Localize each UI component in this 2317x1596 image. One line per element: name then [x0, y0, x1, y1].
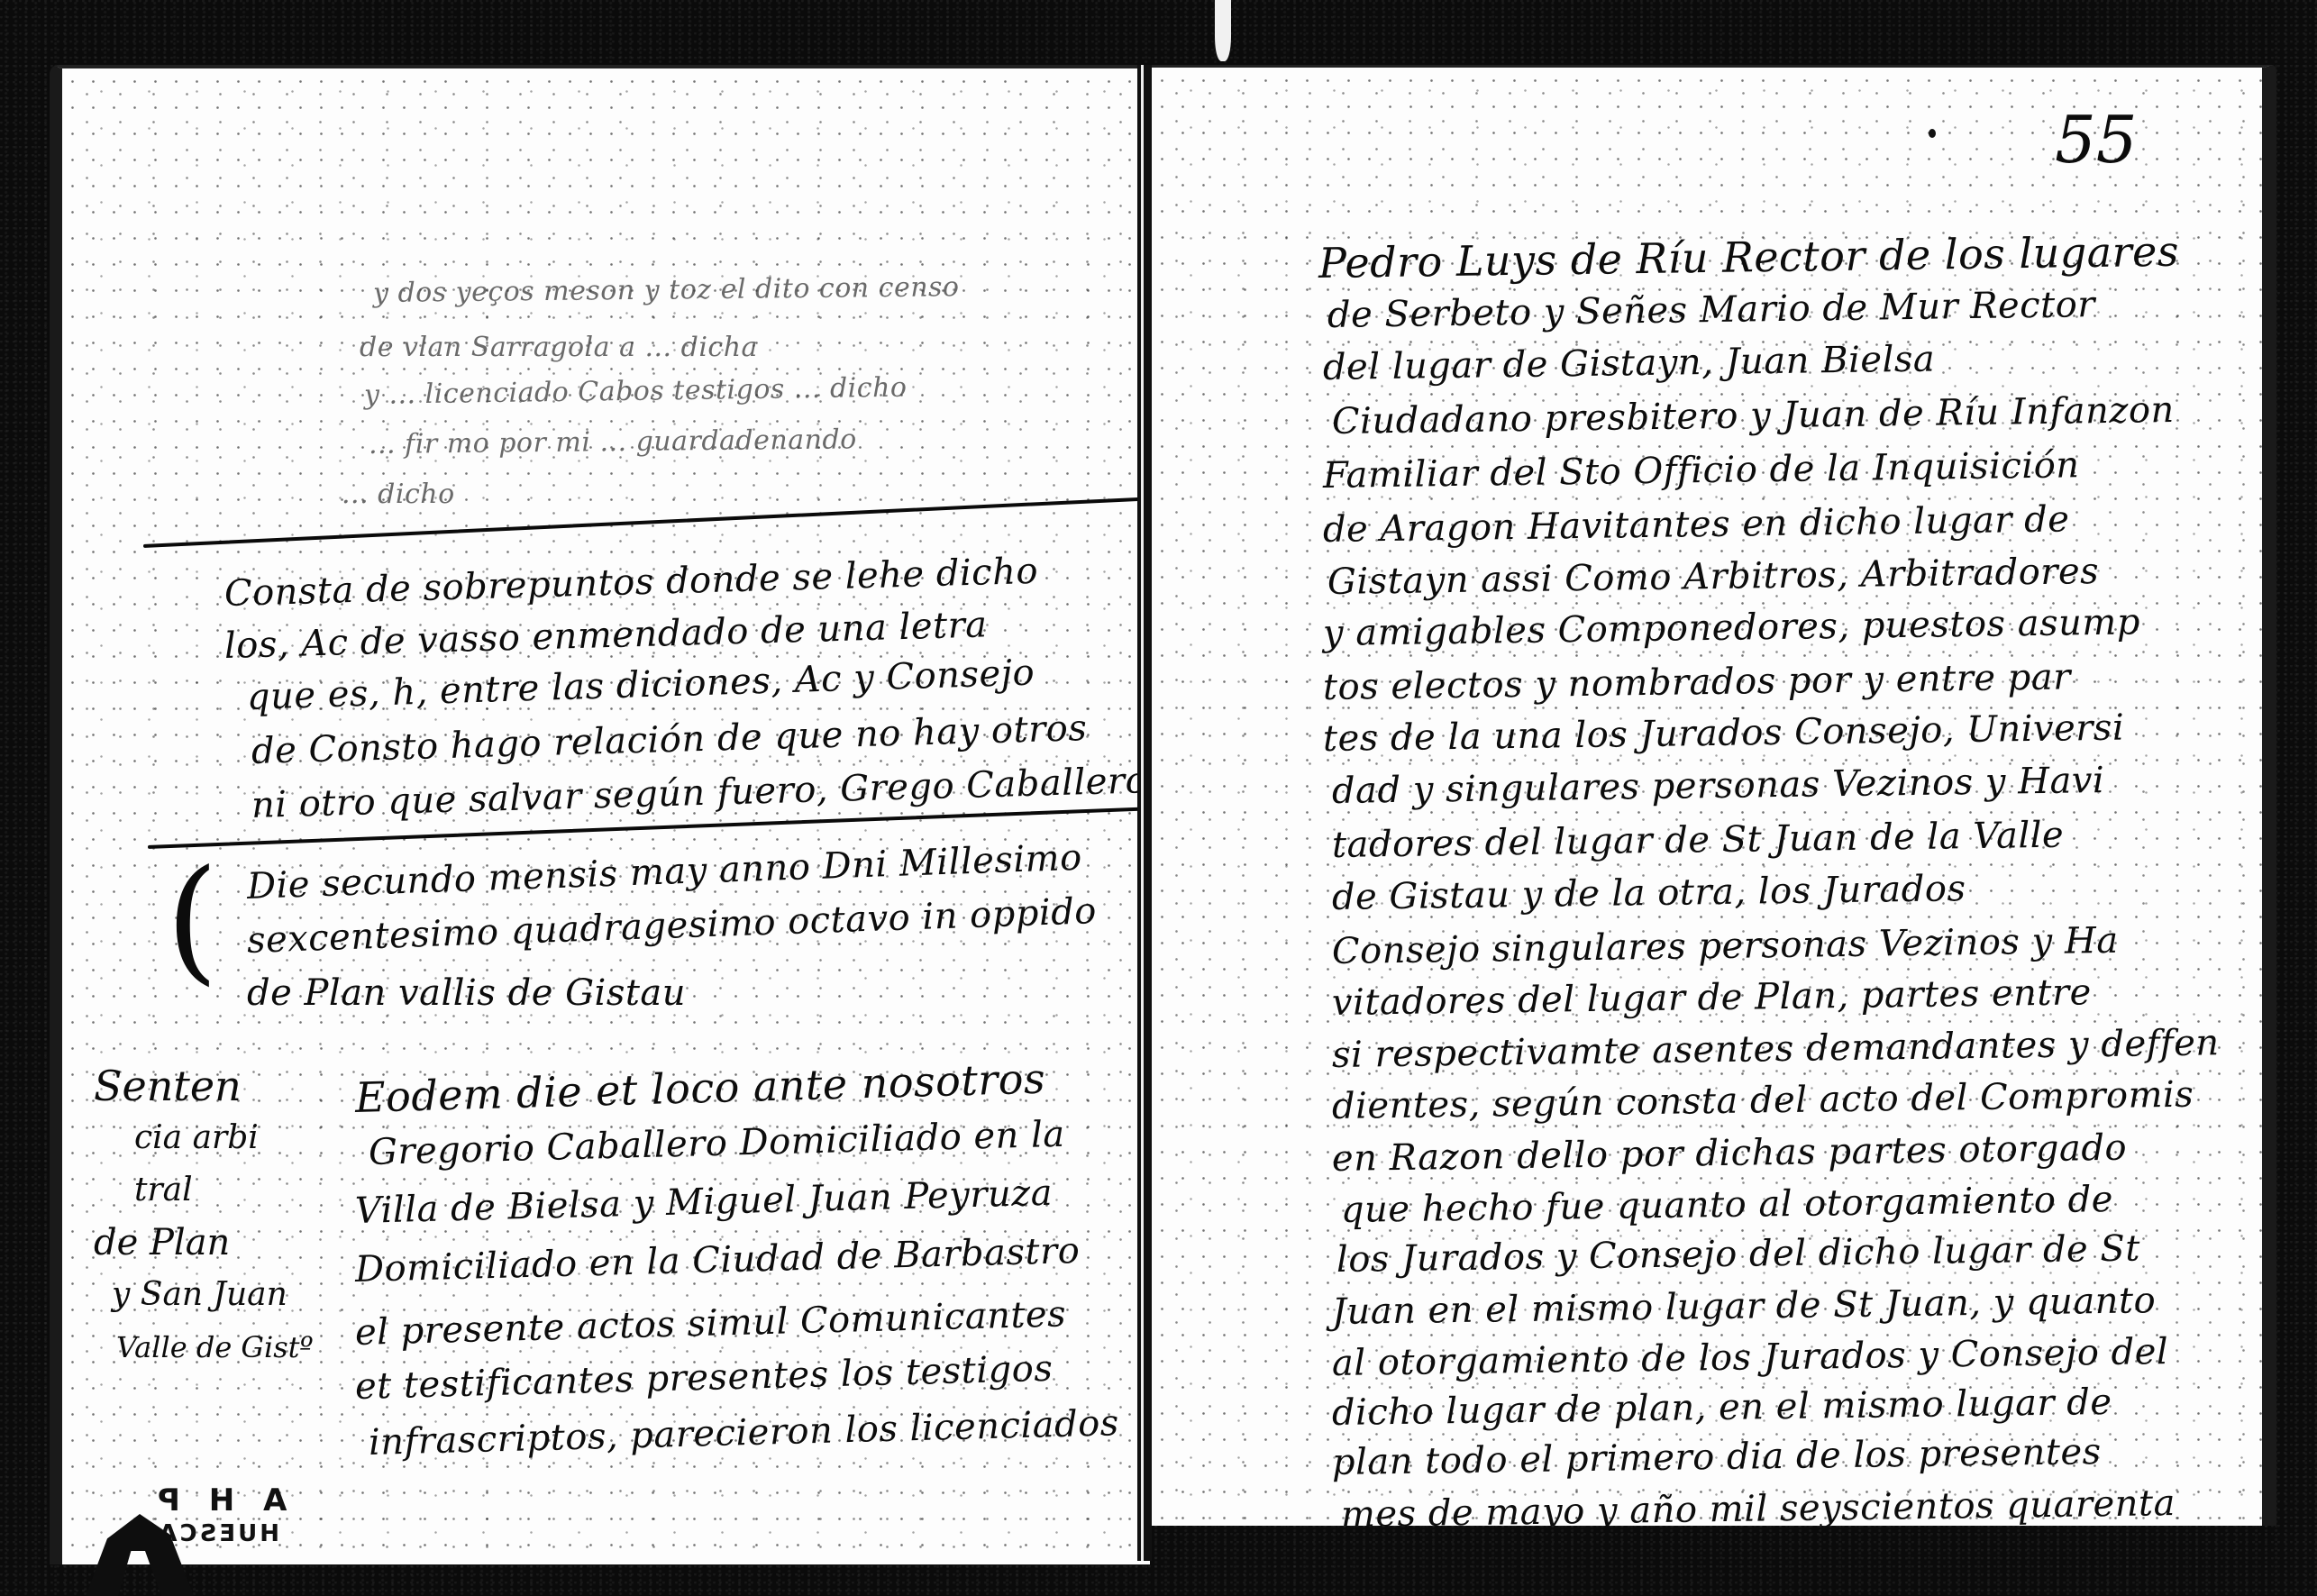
right-page: 55 Pedro Luys de Ríu Rector de los lugar… [1152, 65, 2276, 1526]
body-line: si respectivamte asentes demandantes y d… [1332, 1022, 2220, 1076]
body-line: de Aragon Havitantes en dicho lugar de [1323, 498, 2070, 551]
body-line: del lugar de Gistayn, Juan Bielsa [1323, 339, 1936, 388]
body-line: los Jurados y Consejo del dicho lugar de… [1336, 1228, 2140, 1281]
margin-note-line: de Plan [94, 1217, 314, 1269]
faint-line: y dos yeços meson y toz el dito con cens… [373, 271, 960, 309]
correction-line: Consta de sobrepuntos donde se lehe dich… [223, 551, 1038, 615]
margin-note: Senten cia arbi tral de Plan y San Juan … [94, 1060, 314, 1373]
body-line: dientes, según consta del acto del Compr… [1332, 1074, 2194, 1127]
sentence-line: Domiciliado en la Ciudad de Barbastro [354, 1230, 1080, 1290]
sentence-line: infrascriptos, parecieron los licenciado… [368, 1402, 1119, 1464]
margin-note-line: y San Juan [94, 1269, 314, 1321]
margin-note-line: Senten [94, 1060, 314, 1112]
body-line: vitadores del lugar de Plan, partes entr… [1332, 971, 2092, 1024]
body-line: dicho lugar de plan, en el mismo lugar d… [1332, 1382, 2112, 1434]
folio-number: 55 [2055, 102, 2138, 178]
body-line: de Serbeto y Señes Mario de Mur Rector [1327, 284, 2095, 336]
date-line: de Plan vallis de Gistau [247, 972, 686, 1014]
book-spine [1137, 65, 1152, 1561]
body-line: que hecho fue quanto al otorgamiento de [1341, 1179, 2113, 1231]
sentence-line: Eodem die et loco ante nosotros [354, 1054, 1045, 1122]
body-line: mes de mayo y año mil seyscientos quaren… [1341, 1482, 2176, 1526]
sentence-line: et testificantes presentes los testigos [354, 1348, 1053, 1408]
body-line: y amigables Componedores, puestos asump [1323, 601, 2141, 654]
body-line: dad y singulares personas Vezinos y Havi [1332, 760, 2105, 812]
body-line: al otorgamiento de los Jurados y Consejo… [1332, 1331, 2169, 1384]
bracket-mark: ( [166, 853, 219, 988]
body-line: Ciudadano presbitero y Juan de Ríu Infan… [1332, 389, 2175, 442]
body-line: en Razon dello por dichas partes otorgad… [1332, 1127, 2128, 1180]
faint-line: de vlan Sarragola a ... dicha [360, 332, 758, 363]
ink-dot [1929, 129, 1936, 138]
sentence-line: Gregorio Caballero Domiciliado en la [368, 1114, 1065, 1173]
body-line: Gistayn assi Como Arbitros, Arbitradores [1327, 551, 2100, 603]
body-line: Consejo singulares personas Vezinos y Ha [1332, 920, 2119, 972]
correction-line: de Consto hago relación de que no hay ot… [251, 707, 1088, 772]
body-line: tadores del lugar de St Juan de la Valle [1332, 815, 2065, 866]
faint-line: ... dicho [342, 479, 455, 510]
body-line: Juan en el mismo lugar de St Juan, y qua… [1332, 1280, 2157, 1333]
body-line: Pedro Luys de Ríu Rector de los lugares [1318, 227, 2180, 287]
left-page: y dos yeços meson y toz el dito con cens… [50, 65, 1150, 1564]
body-line: de Gistau y de la otra, los Jurados [1332, 868, 1966, 918]
sentence-line: Villa de Bielsa y Miguel Juan Peyruza [354, 1172, 1053, 1232]
body-line: Familiar del Sto Officio de la Inquisici… [1323, 444, 2080, 497]
binding-tab [1215, 0, 1231, 61]
body-line: tos electos y nombrados por y entre par [1323, 656, 2071, 708]
margin-note-line: Valle de Gistº [94, 1321, 314, 1373]
faint-line: y ... licenciado Cabos testigos ... dich… [364, 372, 908, 411]
faint-line: ... fir mo por mi ... guardadenando [369, 424, 857, 461]
margin-note-line: tral [94, 1164, 314, 1217]
body-line: plan todo el primero dia de los presente… [1332, 1431, 2102, 1483]
divider-rule [143, 497, 1147, 548]
stamp-line-1: A H P [149, 1482, 287, 1518]
sentence-line: el presente actos simul Comunicantes [354, 1293, 1066, 1354]
margin-note-line: cia arbi [94, 1112, 314, 1164]
body-line: tes de la una los Jurados Consejo, Unive… [1323, 707, 2125, 760]
